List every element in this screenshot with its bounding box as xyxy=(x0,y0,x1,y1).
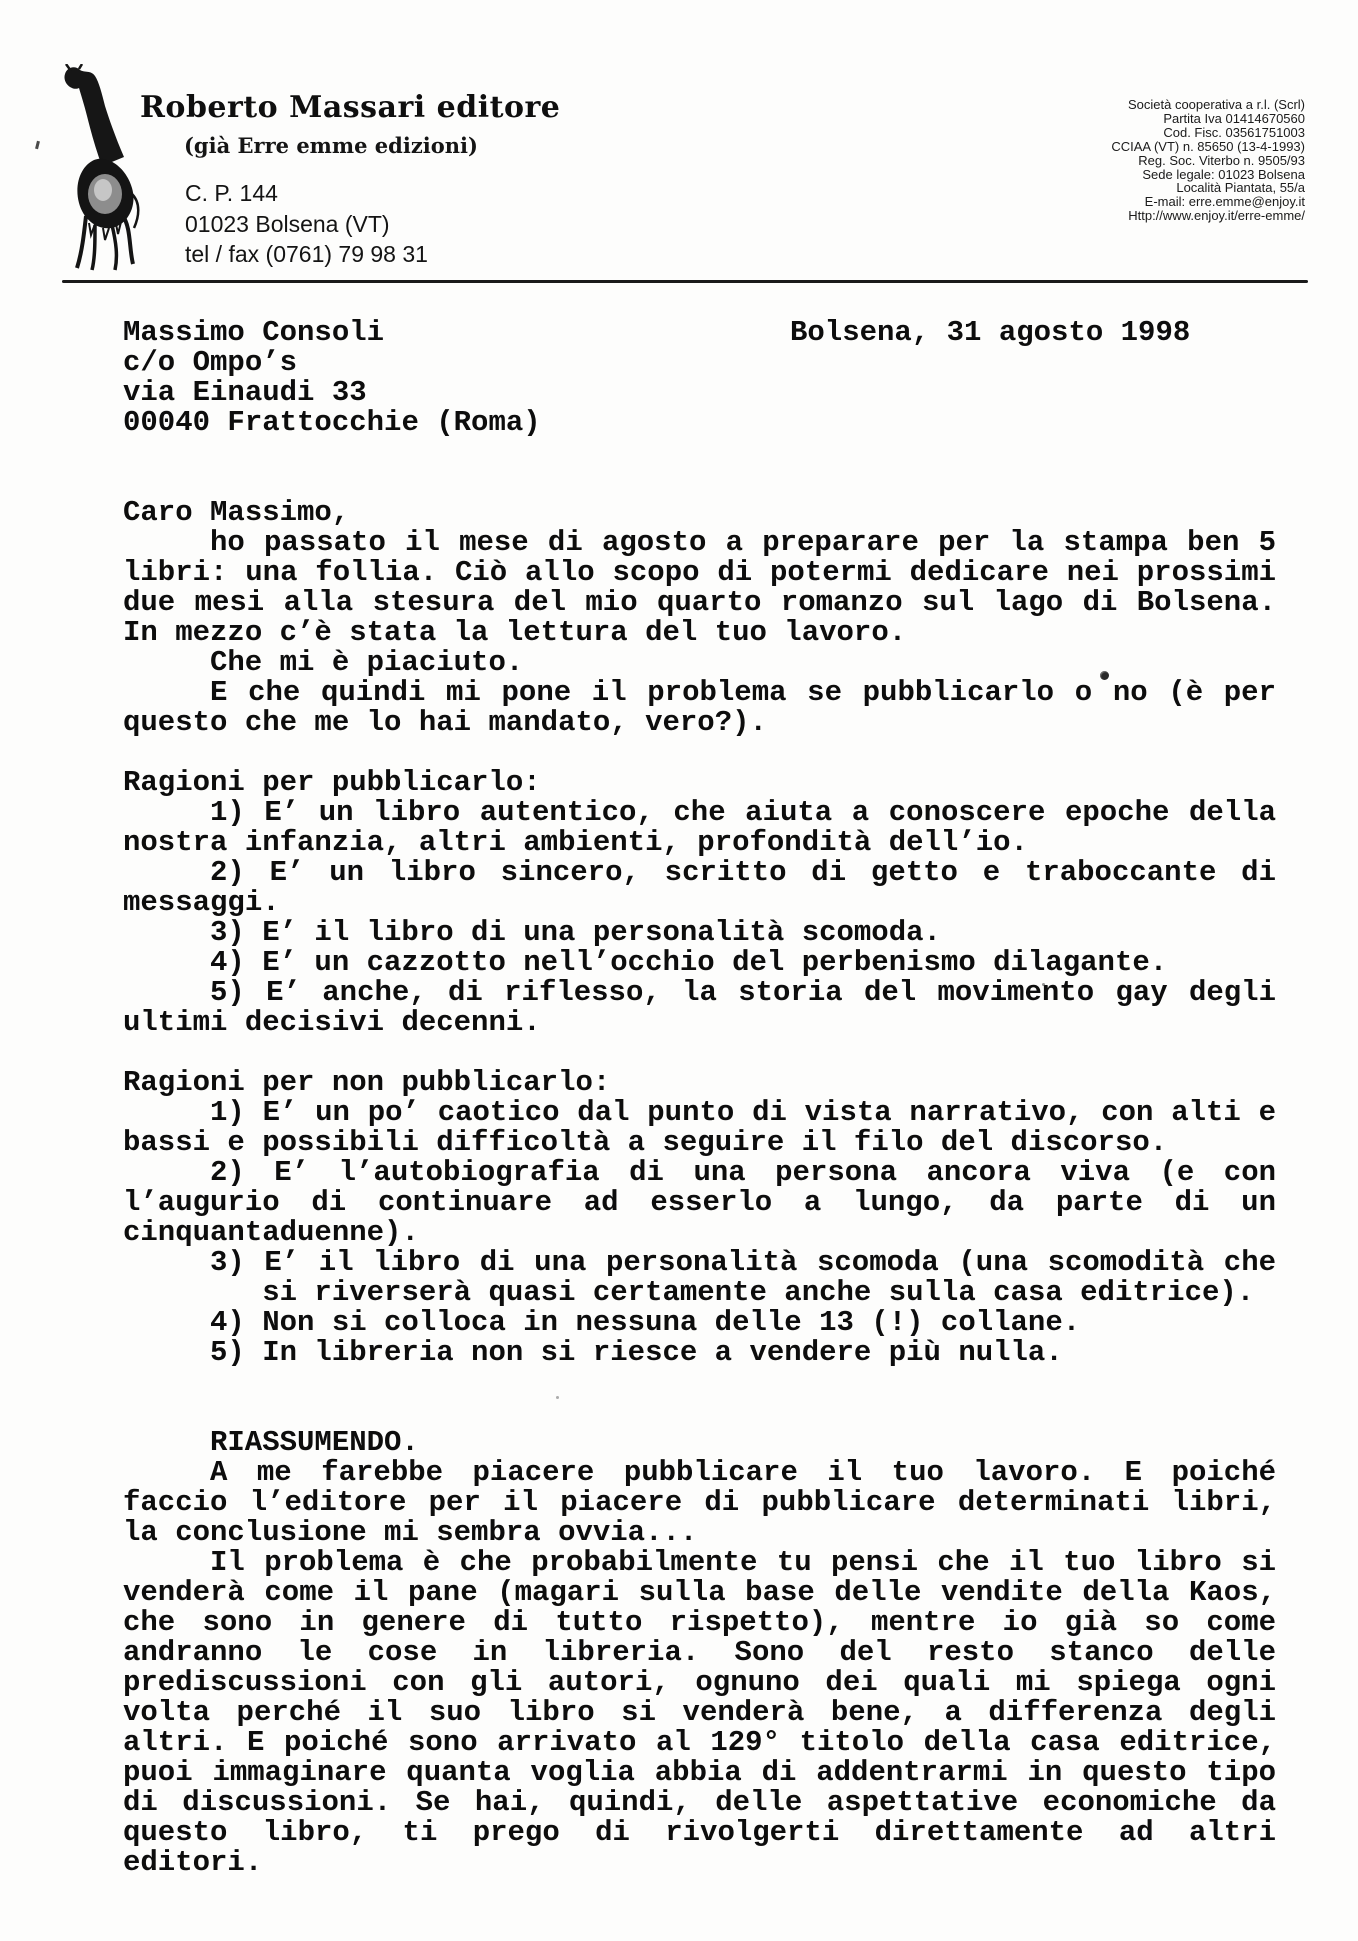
scan-speck xyxy=(556,1396,559,1399)
company-info-line: Sede legale: 01023 Bolsena xyxy=(1111,168,1305,182)
company-info-line: Http://www.enjoy.it/erre-emme/ xyxy=(1111,209,1305,223)
company-info-line: Reg. Soc. Viterbo n. 9505/93 xyxy=(1111,154,1305,168)
paragraph: 5) In libreria non si riesce a vendere p… xyxy=(123,1338,1276,1368)
company-info-line: E-mail: erre.emme@enjoy.it xyxy=(1111,195,1305,209)
company-info: Società cooperativa a r.l. (Scrl)Partita… xyxy=(1111,98,1305,223)
salutation: Caro Massimo, xyxy=(123,498,1276,528)
paragraph: 4) Non si colloca in nessuna delle 13 (!… xyxy=(123,1308,1276,1338)
company-info-line: Cod. Fisc. 03561751003 xyxy=(1111,126,1305,140)
scan-speck xyxy=(1042,983,1045,986)
paragraph: Ragioni per non pubblicarlo: xyxy=(123,1068,1276,1098)
address-and-date-row: Massimo Consolic/o Ompo’svia Einaudi 330… xyxy=(123,318,1276,438)
header-divider xyxy=(62,280,1308,283)
company-info-line: CCIAA (VT) n. 85650 (13-4-1993) xyxy=(1111,140,1305,154)
publisher-subtitle: (già Erre emme edizioni) xyxy=(184,133,478,158)
publisher-address-line: 01023 Bolsena (VT) xyxy=(185,209,428,240)
letter-page: Roberto Massari editore (già Erre emme e… xyxy=(0,0,1358,1941)
letter-paragraphs: ho passato il mese di agosto a preparare… xyxy=(123,528,1276,1878)
publisher-name: Roberto Massari editore xyxy=(140,90,560,125)
paragraph: 1) E’ un libro autentico, che aiuta a co… xyxy=(123,798,1276,858)
paragraph: 2) E’ un libro sincero, scritto di getto… xyxy=(123,858,1276,918)
paragraph: 4) E’ un cazzotto nell’occhio del perben… xyxy=(123,948,1276,978)
paragraph: 3) E’ il libro di una personalità scomod… xyxy=(123,1248,1276,1308)
recipient-line: 00040 Frattocchie (Roma) xyxy=(123,408,1276,438)
company-info-line: Società cooperativa a r.l. (Scrl) xyxy=(1111,98,1305,112)
paragraph: 5) E’ anche, di riflesso, la storia del … xyxy=(123,978,1276,1038)
scan-speck xyxy=(35,141,40,149)
company-info-line: Partita Iva 01414670560 xyxy=(1111,112,1305,126)
paragraph: Il problema è che probabilmente tu pensi… xyxy=(123,1548,1276,1878)
paragraph: E che quindi mi pone il problema se pubb… xyxy=(123,678,1276,738)
recipient-line: c/o Ompo’s xyxy=(123,348,1276,378)
paragraph: 1) E’ un po’ caotico dal punto di vista … xyxy=(123,1098,1276,1158)
giraffe-logo xyxy=(58,64,150,272)
dateline: Bolsena, 31 agosto 1998 xyxy=(790,318,1190,348)
paragraph: Ragioni per pubblicarlo: xyxy=(123,768,1276,798)
publisher-address-line: C. P. 144 xyxy=(185,178,428,209)
paragraph: 3) E’ il libro di una personalità scomod… xyxy=(123,918,1276,948)
paragraph: RIASSUMENDO. xyxy=(123,1428,1276,1458)
typed-dot-artifact xyxy=(1100,671,1109,680)
paragraph: ho passato il mese di agosto a preparare… xyxy=(123,528,1276,648)
publisher-address: C. P. 14401023 Bolsena (VT)tel / fax (07… xyxy=(185,178,428,270)
publisher-address-line: tel / fax (0761) 79 98 31 xyxy=(185,239,428,270)
paragraph: 2) E’ l’autobiografia di una persona anc… xyxy=(123,1158,1276,1248)
recipient-line: via Einaudi 33 xyxy=(123,378,1276,408)
letter-body: Massimo Consolic/o Ompo’svia Einaudi 330… xyxy=(123,318,1276,1878)
paragraph: A me farebbe piacere pubblicare il tuo l… xyxy=(123,1458,1276,1548)
company-info-line: Località Piantata, 55/a xyxy=(1111,181,1305,195)
